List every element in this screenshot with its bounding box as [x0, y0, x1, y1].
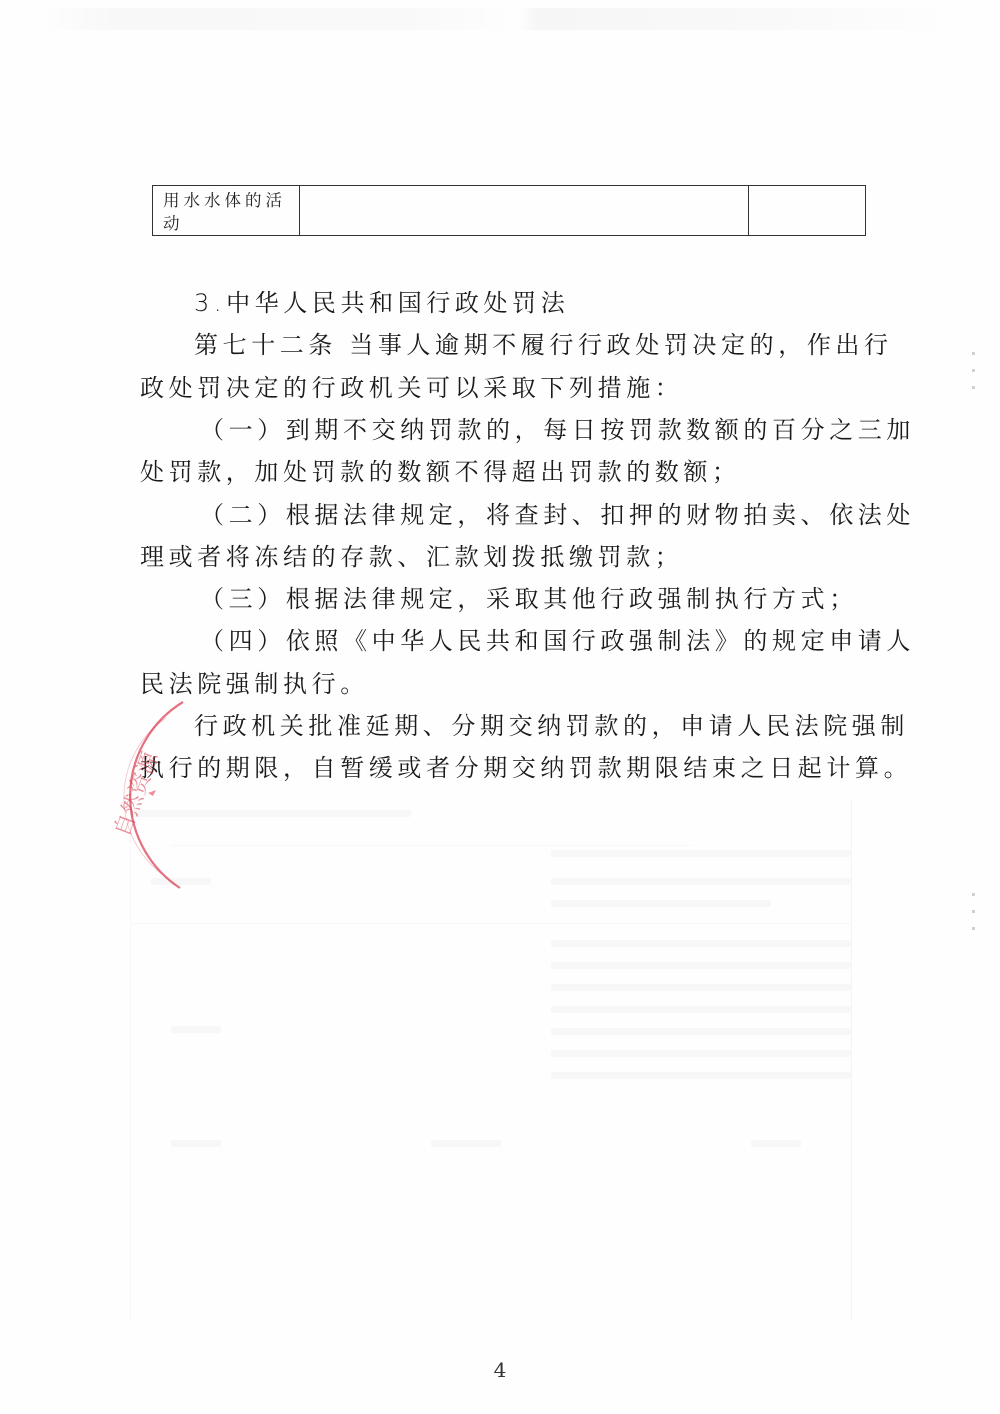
article-item-4: （四）依照《中华人民共和国行政强制法》的规定申请人 民法院强制执行。: [140, 620, 870, 705]
item-1-line-1: （一）到期不交纳罚款的，每日按罚款数额的百分之三加: [140, 409, 870, 451]
article-item-1: （一）到期不交纳罚款的，每日按罚款数额的百分之三加 处罚款，加处罚款的数额不得超…: [140, 409, 870, 494]
scan-edge-marks-upper: [972, 352, 975, 403]
article-item-2: （二）根据法律规定，将查封、扣押的财物拍卖、依法处 理或者将冻结的存款、汇款划拨…: [140, 494, 870, 579]
scan-edge-marks-lower: [972, 893, 975, 944]
table-fragment: 用水水体的活动: [152, 185, 866, 236]
closing-line-1: 行政机关批准延期、分期交纳罚款的，申请人民法院强制: [140, 705, 870, 747]
item-4-line-2: 民法院强制执行。: [140, 663, 870, 705]
article-item-3: （三）根据法律规定，采取其他行政强制执行方式；: [140, 578, 870, 620]
article-line-1: 第七十二条 当事人逾期不履行行政处罚决定的，作出行: [140, 324, 870, 366]
section-heading: 3.中华人民共和国行政处罚法: [140, 282, 870, 324]
table-cell-empty-middle: [300, 186, 749, 235]
item-4-line-1: （四）依照《中华人民共和国行政强制法》的规定申请人: [140, 620, 870, 662]
item-2-line-1: （二）根据法律规定，将查封、扣押的财物拍卖、依法处: [140, 494, 870, 536]
article-72: 第七十二条 当事人逾期不履行行政处罚决定的，作出行 政处罚决定的行政机关可以采取…: [140, 324, 870, 409]
document-page: 用水水体的活动 3.中华人民共和国行政处罚法 第七十二条 当事人逾期不履行行政处…: [0, 0, 1000, 1414]
section-heading-block: 3.中华人民共和国行政处罚法: [140, 282, 870, 324]
closing-paragraph: 行政机关批准延期、分期交纳罚款的，申请人民法院强制 执行的期限，自暂缓或者分期交…: [140, 705, 870, 790]
table-cell-activity: 用水水体的活动: [153, 186, 300, 235]
item-3-line-1: （三）根据法律规定，采取其他行政强制执行方式；: [140, 578, 870, 620]
bleed-through-table: [130, 800, 852, 1320]
table-cell-empty-right: [749, 186, 865, 235]
article-line-2: 政处罚决定的行政机关可以采取下列措施：: [140, 367, 870, 409]
page-number: 4: [0, 1358, 1000, 1382]
item-1-line-2: 处罚款，加处罚款的数额不得超出罚款的数额；: [140, 451, 870, 493]
item-2-line-2: 理或者将冻结的存款、汇款划拨抵缴罚款；: [140, 536, 870, 578]
closing-line-2: 执行的期限，自暂缓或者分期交纳罚款期限结束之日起计算。: [140, 747, 870, 789]
bleed-through-noise: [40, 8, 960, 30]
